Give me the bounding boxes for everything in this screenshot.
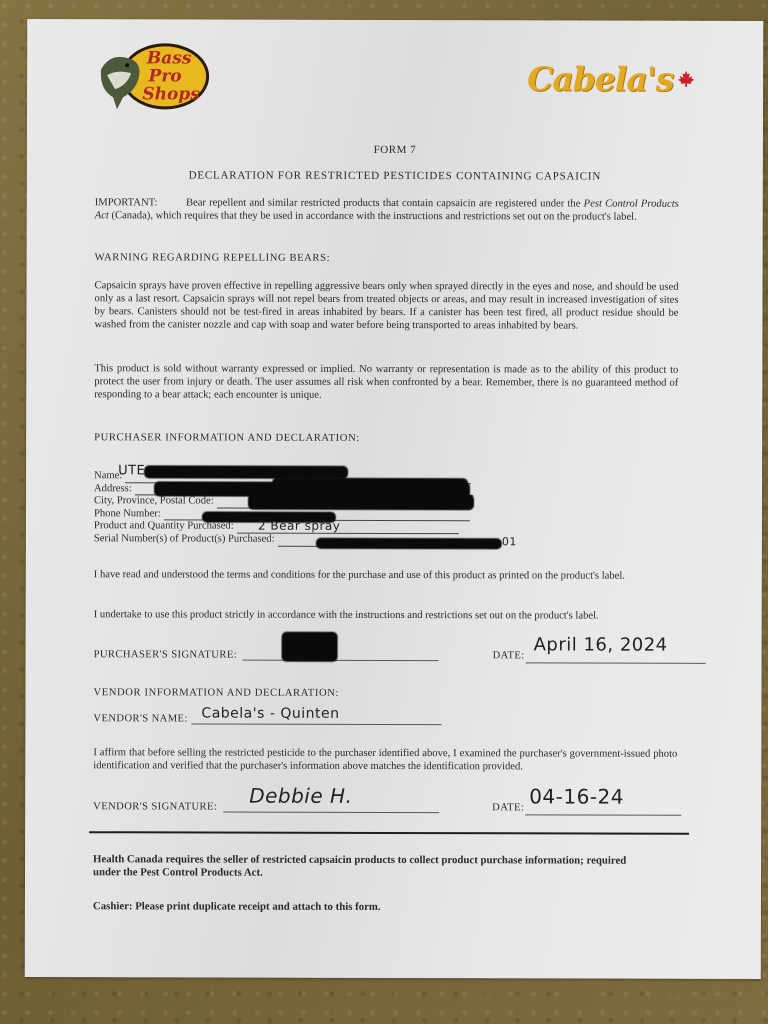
svg-text:Shops: Shops [142, 84, 200, 104]
vendor-heading: VENDOR INFORMATION AND DECLARATION: [93, 687, 339, 699]
vendor-date-label: DATE: [492, 802, 524, 813]
redaction-serial [316, 538, 502, 549]
form-page: Bass Pro Shops Cabela's FORM 7 DECLARATI… [25, 19, 764, 979]
redaction-city [248, 494, 474, 511]
handwritten-purchaser-date: April 16, 2024 [534, 634, 668, 655]
bass-pro-shops-logo: Bass Pro Shops [97, 39, 213, 113]
warranty-paragraph: This product is sold without warranty ex… [94, 362, 678, 403]
purchaser-declaration-1: I have read and understood the terms and… [94, 568, 678, 583]
cabelas-wordmark: Cabela's [527, 59, 673, 98]
important-label: IMPORTANT: [95, 197, 158, 208]
form-number: FORM 7 [27, 143, 763, 157]
cashier-notice: Cashier: Please print duplicate receipt … [93, 900, 653, 914]
warning-paragraph: Capsaicin sprays have proven effective i… [94, 279, 678, 333]
health-canada-notice: Health Canada requires the seller of res… [93, 853, 653, 879]
purchaser-heading: PURCHASER INFORMATION AND DECLARATION: [94, 432, 360, 444]
handwritten-product-quantity: 2 Bear spray [258, 519, 340, 533]
handwritten-name: UTE [118, 463, 145, 478]
important-paragraph: IMPORTANT: Bear repellent and similar re… [95, 196, 679, 224]
handwritten-vendor-name: Cabela's - Quinten [201, 705, 339, 721]
cabelas-logo: Cabela's [527, 58, 695, 98]
vendor-affirmation: I affirm that before selling the restric… [93, 746, 677, 774]
maple-leaf-icon [677, 70, 695, 88]
separator-rule [89, 831, 689, 835]
purchaser-declaration-2: I undertake to use this product strictly… [94, 608, 678, 623]
purchaser-date-label: DATE: [493, 650, 525, 661]
purchaser-signature-field[interactable]: PURCHASER'S SIGNATURE: [94, 645, 439, 661]
handwritten-vendor-date: 04-16-24 [529, 784, 624, 808]
form-title: DECLARATION FOR RESTRICTED PESTICIDES CO… [27, 169, 763, 183]
redaction-purchaser-signature [282, 632, 338, 662]
warning-heading: WARNING REGARDING REPELLING BEARS: [95, 252, 331, 264]
handwritten-vendor-signature: Debbie H. [249, 784, 352, 808]
handwritten-serial-suffix: 01 [502, 535, 517, 548]
